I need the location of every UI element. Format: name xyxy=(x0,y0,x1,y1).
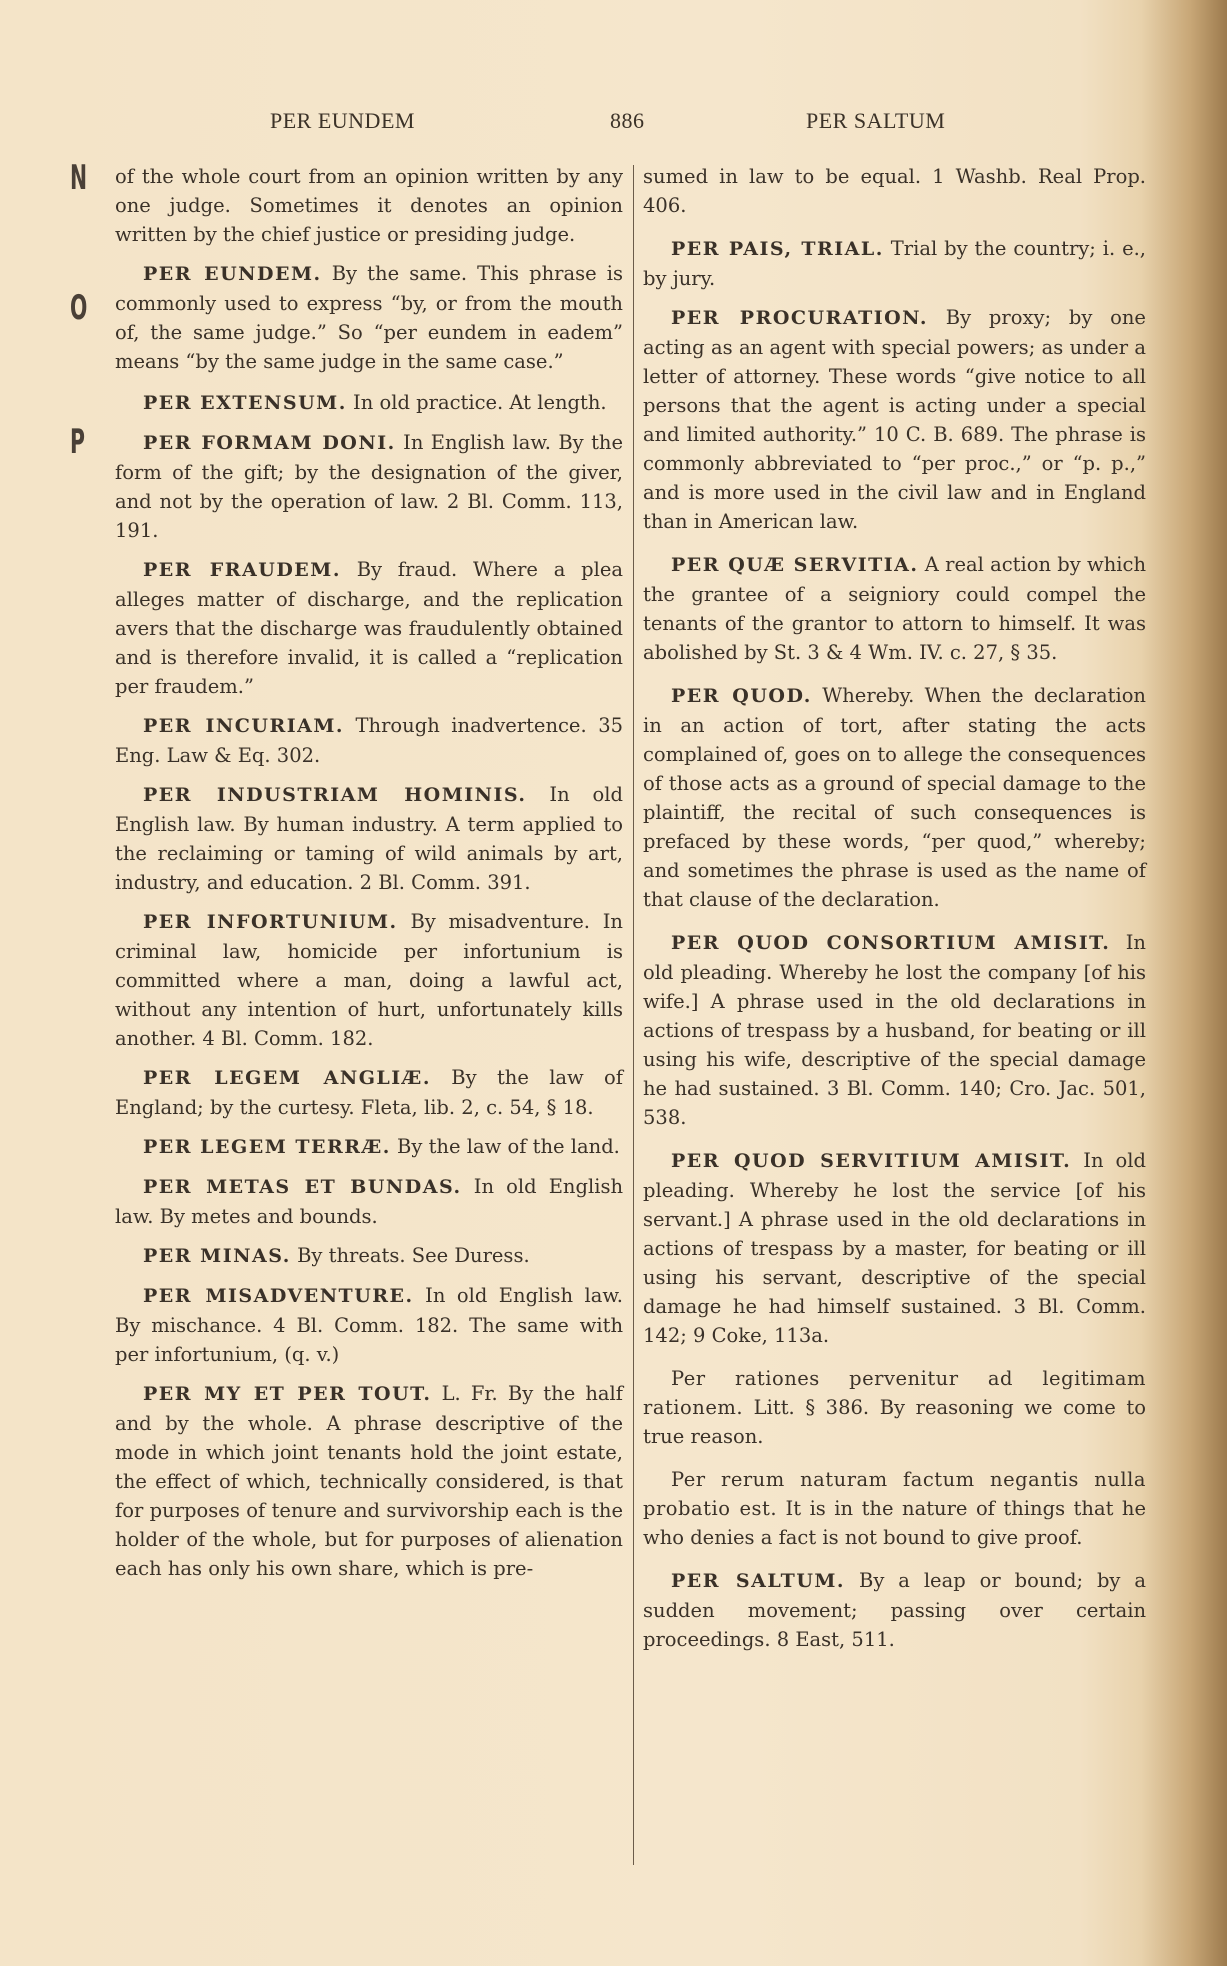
thumb-index-letter-p: P xyxy=(70,422,82,462)
entry-continuation: sumed in law to be equal. 1 Washb. Real … xyxy=(643,162,1146,220)
entry-term: PER METAS ET BUNDAS. xyxy=(143,1176,462,1198)
entry-per-infortunium: PER INFORTUNIUM. By misadventure. In cri… xyxy=(115,907,623,1053)
entry-per-extensum: PER EXTENSUM. In old practice. At length… xyxy=(115,388,623,418)
entry-per-metas-et-bundas: PER METAS ET BUNDAS. In old English law.… xyxy=(115,1172,623,1231)
entry-per-fraudem: PER FRAUDEM. By fraud. Where a plea alle… xyxy=(115,555,623,701)
entry-term: PER QUOD. xyxy=(671,685,812,707)
entry-per-quae-servitia: PER QUÆ SERVITIA. A real action by which… xyxy=(643,550,1146,667)
entry-term: PER LEGEM ANGLIÆ. xyxy=(143,1067,431,1089)
thumb-index-letter-o: O xyxy=(70,288,82,328)
entry-term: PER SALTUM. xyxy=(671,1570,845,1592)
entry-continuation: of the whole court from an opinion writt… xyxy=(115,162,623,249)
entry-per-eundem: PER EUNDEM. By the same. This phrase is … xyxy=(115,259,623,376)
entry-term: PER EUNDEM. xyxy=(143,263,322,285)
entry-per-saltum: PER SALTUM. By a leap or bound; by a sud… xyxy=(643,1566,1146,1654)
entry-term: PER FORMAM DONI. xyxy=(143,432,396,454)
entry-term: PER MY ET PER TOUT. xyxy=(143,1383,431,1405)
entry-term: PER QUOD SERVITIUM AMISIT. xyxy=(671,1150,1071,1172)
column-divider xyxy=(633,165,634,1865)
entry-per-my-et-per-tout: PER MY ET PER TOUT. L. Fr. By the half a… xyxy=(115,1379,623,1583)
page-number: 886 xyxy=(610,108,645,134)
entry-per-incuriam: PER INCURIAM. Through inadvertence. 35 E… xyxy=(115,711,623,770)
dictionary-page: PER EUNDEM 886 PER SALTUM N O P of the w… xyxy=(0,0,1227,1966)
entry-term: PER MINAS. xyxy=(143,1245,291,1267)
entry-maxim-per-rerum-naturam: Per rerum naturam factum negantis nulla … xyxy=(643,1465,1146,1552)
guide-word-right: PER SALTUM xyxy=(806,108,945,134)
entry-term: PER PROCURATION. xyxy=(671,307,928,329)
entry-maxim-per-rationes: Per rationes pervenitur ad legitimam rat… xyxy=(643,1364,1146,1451)
thumb-index-letter-n: N xyxy=(70,158,82,198)
entry-per-quod: PER QUOD. Whereby. When the declaration … xyxy=(643,681,1146,914)
guide-word-left: PER EUNDEM xyxy=(270,108,415,134)
entry-term: PER INCURIAM. xyxy=(143,715,344,737)
entry-term: PER EXTENSUM. xyxy=(143,392,347,414)
entry-term: PER MISADVENTURE. xyxy=(143,1285,414,1307)
right-column: sumed in law to be equal. 1 Washb. Real … xyxy=(643,162,1146,1664)
running-head: PER EUNDEM 886 PER SALTUM xyxy=(0,108,1227,138)
entry-term: PER PAIS, TRIAL. xyxy=(671,238,884,260)
entry-term: PER FRAUDEM. xyxy=(143,559,341,581)
entry-term: PER QUOD CONSORTIUM AMISIT. xyxy=(671,932,1110,954)
entry-term: PER INFORTUNIUM. xyxy=(143,911,398,933)
entry-per-quod-consortium-amisit: PER QUOD CONSORTIUM AMISIT. In old plead… xyxy=(643,928,1146,1132)
entry-term: PER INDUSTRIAM HOMINIS. xyxy=(143,784,527,806)
entry-per-formam-doni: PER FORMAM DONI. In English law. By the … xyxy=(115,428,623,545)
entry-per-pais-trial: PER PAIS, TRIAL. Trial by the country; i… xyxy=(643,234,1146,293)
left-column: of the whole court from an opinion writt… xyxy=(115,162,623,1593)
entry-per-minas: PER MINAS. By threats. See Duress. xyxy=(115,1241,623,1271)
entry-per-quod-servitium-amisit: PER QUOD SERVITIUM AMISIT. In old pleadi… xyxy=(643,1146,1146,1350)
entry-per-legem-angliae: PER LEGEM ANGLIÆ. By the law of England;… xyxy=(115,1063,623,1122)
entry-per-legem-terrae: PER LEGEM TERRÆ. By the law of the land. xyxy=(115,1132,623,1162)
entry-term: PER LEGEM TERRÆ. xyxy=(143,1136,391,1158)
entry-per-industriam-hominis: PER INDUSTRIAM HOMINIS. In old English l… xyxy=(115,780,623,897)
entry-per-misadventure: PER MISADVENTURE. In old English law. By… xyxy=(115,1281,623,1369)
entry-per-procuration: PER PROCURATION. By proxy; by one acting… xyxy=(643,303,1146,536)
entry-term: PER QUÆ SERVITIA. xyxy=(671,554,919,576)
